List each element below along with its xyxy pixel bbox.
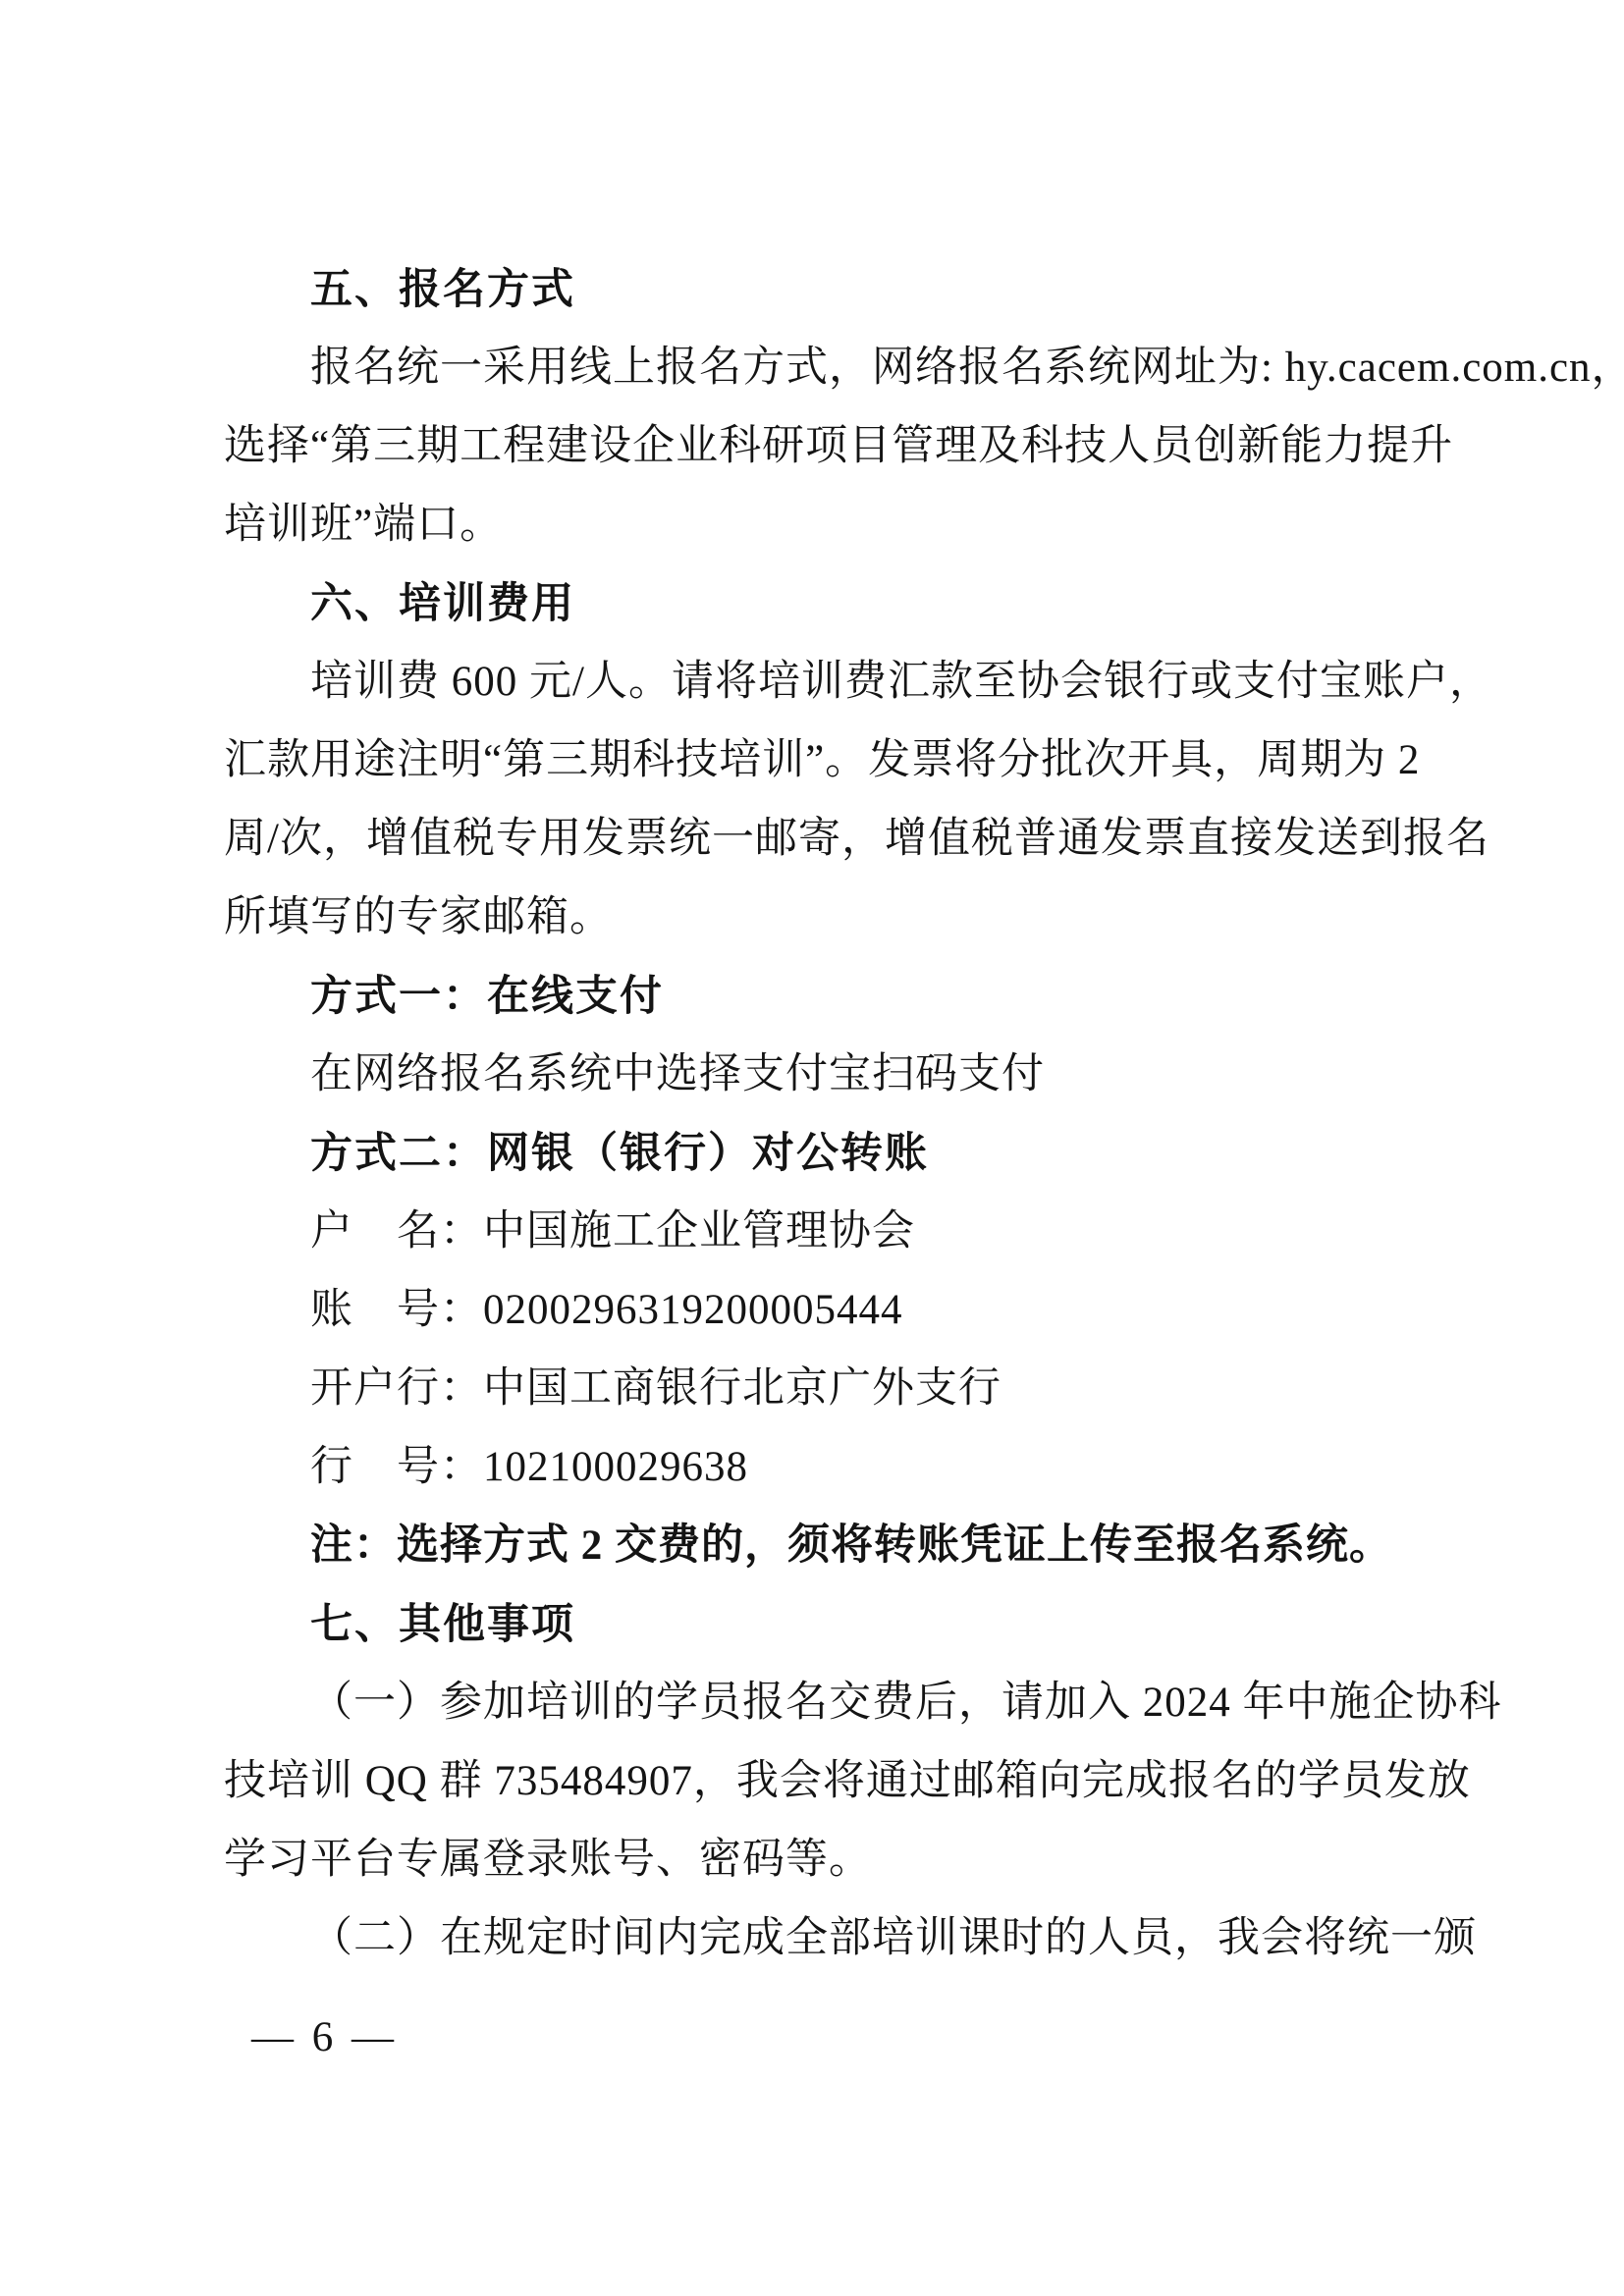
account-name-value: 中国施工企业管理协会 xyxy=(483,1208,915,1255)
bank-row: 开户行：中国工商银行北京广外支行 xyxy=(224,1350,1402,1428)
section-heading-registration: 五、报名方式 xyxy=(224,250,1402,329)
section-heading-fees: 六、培训费用 xyxy=(224,564,1402,643)
bank-code-row: 行 号：102100029638 xyxy=(224,1428,1402,1507)
paragraph-line: 汇款用途注明“第三期科技培训”。发票将分批次开具，周期为 2 xyxy=(224,721,1402,800)
bank-value: 中国工商银行北京广外支行 xyxy=(483,1365,1001,1412)
payment-method2-heading: 方式二：网银（银行）对公转账 xyxy=(224,1114,1402,1193)
paragraph-line: （一）参加培训的学员报名交费后，请加入 2024 年中施企协科 xyxy=(224,1664,1402,1742)
account-name-row: 户 名：中国施工企业管理协会 xyxy=(224,1193,1402,1271)
paragraph-line: 所填写的专家邮箱。 xyxy=(224,879,1402,957)
account-number-value: 0200296319200005444 xyxy=(483,1287,903,1333)
paragraph-line: 选择“第三期工程建设企业科研项目管理及科技人员创新能力提升 xyxy=(224,407,1402,486)
page-number: — 6 — xyxy=(251,1999,398,2077)
bank-code-label: 行 号： xyxy=(310,1444,483,1490)
paragraph-line: 报名统一采用线上报名方式，网络报名系统网址为: hy.cacem.com.cn， xyxy=(224,329,1402,407)
paragraph-line: （二）在规定时间内完成全部培训课时的人员，我会将统一颁 xyxy=(224,1899,1402,1978)
paragraph-line: 学习平台专属登录账号、密码等。 xyxy=(224,1821,1402,1899)
paragraph-line: 培训班”端口。 xyxy=(224,486,1402,564)
account-number-row: 账 号：0200296319200005444 xyxy=(224,1271,1402,1350)
payment-method1-body: 在网络报名系统中选择支付宝扫码支付 xyxy=(224,1036,1402,1114)
paragraph-line: 技培训 QQ 群 735484907，我会将通过邮箱向完成报名的学员发放 xyxy=(224,1742,1402,1821)
bank-code-value: 102100029638 xyxy=(483,1444,748,1490)
account-number-label: 账 号： xyxy=(310,1287,483,1333)
section-heading-other: 七、其他事项 xyxy=(224,1585,1402,1664)
payment-note: 注：选择方式 2 交费的，须将转账凭证上传至报名系统。 xyxy=(224,1507,1402,1585)
bank-label: 开户行： xyxy=(310,1365,483,1412)
document-content: 五、报名方式 报名统一采用线上报名方式，网络报名系统网址为: hy.cacem.… xyxy=(224,250,1402,1978)
paragraph-line: 周/次，增值税专用发票统一邮寄，增值税普通发票直接发送到报名 xyxy=(224,800,1402,879)
paragraph-line: 培训费 600 元/人。请将培训费汇款至协会银行或支付宝账户， xyxy=(224,643,1402,721)
document-page: 五、报名方式 报名统一采用线上报名方式，网络报名系统网址为: hy.cacem.… xyxy=(0,0,1624,2296)
payment-method1-heading: 方式一：在线支付 xyxy=(224,957,1402,1036)
account-name-label: 户 名： xyxy=(310,1208,483,1255)
